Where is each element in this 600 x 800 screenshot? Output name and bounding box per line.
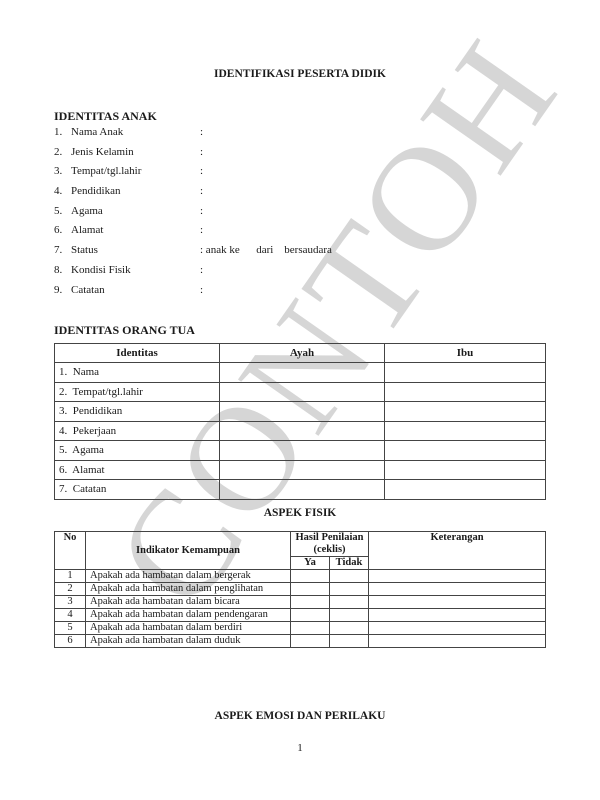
column-header-ya: Ya bbox=[291, 557, 330, 570]
item-number: 3. bbox=[54, 165, 70, 177]
cell-identitas: 4. Pekerjaan bbox=[55, 421, 220, 441]
column-header-identitas: Identitas bbox=[55, 344, 220, 363]
table-row: 3. Pendidikan bbox=[55, 402, 546, 422]
item-label: Status bbox=[71, 244, 98, 256]
identitas-anak-list: 1. Nama Anak : 2. Jenis Kelamin : 3. Tem… bbox=[54, 126, 454, 303]
item-value[interactable]: : bbox=[200, 165, 203, 177]
cell-indikator: Apakah ada hambatan dalam bergerak bbox=[86, 570, 291, 583]
cell-ya-checkbox[interactable] bbox=[291, 609, 330, 622]
table-row: 3 Apakah ada hambatan dalam bicara bbox=[55, 596, 546, 609]
document-content: IDENTIFIKASI PESERTA DIDIK IDENTITAS ANA… bbox=[0, 0, 600, 800]
item-number: 2. bbox=[54, 146, 70, 158]
cell-keterangan[interactable] bbox=[369, 583, 546, 596]
cell-ayah[interactable] bbox=[220, 421, 385, 441]
item-value[interactable]: : bbox=[200, 284, 203, 296]
table-row: 1. Nama bbox=[55, 363, 546, 383]
section-aspek-fisik-heading: ASPEK FISIK bbox=[0, 507, 600, 519]
item-number: 8. bbox=[54, 264, 70, 276]
cell-ibu[interactable] bbox=[385, 402, 546, 422]
cell-ya-checkbox[interactable] bbox=[291, 622, 330, 635]
cell-ayah[interactable] bbox=[220, 363, 385, 383]
cell-ya-checkbox[interactable] bbox=[291, 570, 330, 583]
cell-identitas: 7. Catatan bbox=[55, 480, 220, 500]
item-label: Alamat bbox=[71, 224, 103, 236]
item-label: Nama Anak bbox=[71, 126, 123, 138]
item-value[interactable]: : bbox=[200, 224, 203, 236]
table-row: 2. Tempat/tgl.lahir bbox=[55, 382, 546, 402]
document-title: IDENTIFIKASI PESERTA DIDIK bbox=[0, 68, 600, 80]
cell-indikator: Apakah ada hambatan dalam duduk bbox=[86, 635, 291, 648]
table-header-row: No Indikator Kemampuan Hasil Penilaian (… bbox=[55, 532, 546, 557]
column-header-no: No bbox=[55, 532, 86, 570]
list-item: 4. Pendidikan : bbox=[54, 185, 454, 205]
cell-ibu[interactable] bbox=[385, 480, 546, 500]
cell-ibu[interactable] bbox=[385, 421, 546, 441]
cell-indikator: Apakah ada hambatan dalam penglihatan bbox=[86, 583, 291, 596]
cell-tidak-checkbox[interactable] bbox=[330, 596, 369, 609]
cell-keterangan[interactable] bbox=[369, 635, 546, 648]
list-item: 8. Kondisi Fisik : bbox=[54, 264, 454, 284]
cell-indikator: Apakah ada hambatan dalam bicara bbox=[86, 596, 291, 609]
item-number: 6. bbox=[54, 224, 70, 236]
column-header-indikator: Indikator Kemampuan bbox=[86, 532, 291, 570]
item-number: 9. bbox=[54, 284, 70, 296]
table-row: 4 Apakah ada hambatan dalam pendengaran bbox=[55, 609, 546, 622]
list-item: 5. Agama : bbox=[54, 205, 454, 225]
list-item: 9. Catatan : bbox=[54, 284, 454, 304]
cell-keterangan[interactable] bbox=[369, 609, 546, 622]
table-row: 2 Apakah ada hambatan dalam penglihatan bbox=[55, 583, 546, 596]
cell-no: 3 bbox=[55, 596, 86, 609]
item-value[interactable]: : bbox=[200, 205, 203, 217]
item-label: Tempat/tgl.lahir bbox=[71, 165, 141, 177]
cell-indikator: Apakah ada hambatan dalam berdiri bbox=[86, 622, 291, 635]
column-header-ayah: Ayah bbox=[220, 344, 385, 363]
list-item: 1. Nama Anak : bbox=[54, 126, 454, 146]
cell-ayah[interactable] bbox=[220, 402, 385, 422]
cell-identitas: 6. Alamat bbox=[55, 460, 220, 480]
section-identitas-anak-heading: IDENTITAS ANAK bbox=[54, 109, 157, 124]
item-label: Catatan bbox=[71, 284, 105, 296]
cell-indikator: Apakah ada hambatan dalam pendengaran bbox=[86, 609, 291, 622]
table-row: 1 Apakah ada hambatan dalam bergerak bbox=[55, 570, 546, 583]
section-identitas-orang-tua-heading: IDENTITAS ORANG TUA bbox=[54, 323, 195, 338]
table-row: 6. Alamat bbox=[55, 460, 546, 480]
list-item: 6. Alamat : bbox=[54, 224, 454, 244]
cell-no: 5 bbox=[55, 622, 86, 635]
table-row: 7. Catatan bbox=[55, 480, 546, 500]
cell-tidak-checkbox[interactable] bbox=[330, 570, 369, 583]
cell-ya-checkbox[interactable] bbox=[291, 596, 330, 609]
table-header-row: Identitas Ayah Ibu bbox=[55, 344, 546, 363]
column-header-hasil-penilaian: Hasil Penilaian (ceklis) bbox=[291, 532, 369, 557]
cell-no: 2 bbox=[55, 583, 86, 596]
cell-no: 4 bbox=[55, 609, 86, 622]
table-row: 5. Agama bbox=[55, 441, 546, 461]
document-page: CONTOH IDENTIFIKASI PESERTA DIDIK IDENTI… bbox=[0, 0, 600, 800]
table-row: 5 Apakah ada hambatan dalam berdiri bbox=[55, 622, 546, 635]
table-row: 4. Pekerjaan bbox=[55, 421, 546, 441]
cell-keterangan[interactable] bbox=[369, 570, 546, 583]
cell-tidak-checkbox[interactable] bbox=[330, 635, 369, 648]
parents-table: Identitas Ayah Ibu 1. Nama 2. Tempat/tgl… bbox=[54, 343, 546, 500]
table-row: 6 Apakah ada hambatan dalam duduk bbox=[55, 635, 546, 648]
cell-ibu[interactable] bbox=[385, 363, 546, 383]
item-number: 4. bbox=[54, 185, 70, 197]
cell-identitas: 1. Nama bbox=[55, 363, 220, 383]
cell-ayah[interactable] bbox=[220, 460, 385, 480]
item-label: Jenis Kelamin bbox=[71, 146, 134, 158]
column-header-ibu: Ibu bbox=[385, 344, 546, 363]
item-number: 7. bbox=[54, 244, 70, 256]
cell-tidak-checkbox[interactable] bbox=[330, 583, 369, 596]
cell-no: 1 bbox=[55, 570, 86, 583]
section-aspek-emosi-heading: ASPEK EMOSI DAN PERILAKU bbox=[0, 710, 600, 722]
item-label: Agama bbox=[71, 205, 103, 217]
cell-ayah[interactable] bbox=[220, 382, 385, 402]
item-value[interactable]: : anak ke dari bersaudara bbox=[200, 244, 332, 256]
list-item: 3. Tempat/tgl.lahir : bbox=[54, 165, 454, 185]
cell-ayah[interactable] bbox=[220, 480, 385, 500]
cell-tidak-checkbox[interactable] bbox=[330, 622, 369, 635]
item-number: 1. bbox=[54, 126, 70, 138]
cell-ayah[interactable] bbox=[220, 441, 385, 461]
cell-ibu[interactable] bbox=[385, 460, 546, 480]
item-value[interactable]: : bbox=[200, 264, 203, 276]
cell-identitas: 3. Pendidikan bbox=[55, 402, 220, 422]
column-header-tidak: Tidak bbox=[330, 557, 369, 570]
cell-ibu[interactable] bbox=[385, 382, 546, 402]
item-value[interactable]: : bbox=[200, 185, 203, 197]
column-header-keterangan: Keterangan bbox=[369, 532, 546, 570]
cell-keterangan[interactable] bbox=[369, 596, 546, 609]
page-number: 1 bbox=[0, 742, 600, 754]
list-item: 2. Jenis Kelamin : bbox=[54, 146, 454, 166]
item-value[interactable]: : bbox=[200, 146, 203, 158]
cell-ibu[interactable] bbox=[385, 441, 546, 461]
item-label: Kondisi Fisik bbox=[71, 264, 131, 276]
cell-tidak-checkbox[interactable] bbox=[330, 609, 369, 622]
list-item: 7. Status : anak ke dari bersaudara bbox=[54, 244, 454, 264]
cell-ya-checkbox[interactable] bbox=[291, 635, 330, 648]
item-number: 5. bbox=[54, 205, 70, 217]
cell-ya-checkbox[interactable] bbox=[291, 583, 330, 596]
cell-identitas: 2. Tempat/tgl.lahir bbox=[55, 382, 220, 402]
cell-no: 6 bbox=[55, 635, 86, 648]
aspek-fisik-table: No Indikator Kemampuan Hasil Penilaian (… bbox=[54, 531, 546, 648]
cell-keterangan[interactable] bbox=[369, 622, 546, 635]
item-value[interactable]: : bbox=[200, 126, 203, 138]
item-label: Pendidikan bbox=[71, 185, 121, 197]
cell-identitas: 5. Agama bbox=[55, 441, 220, 461]
